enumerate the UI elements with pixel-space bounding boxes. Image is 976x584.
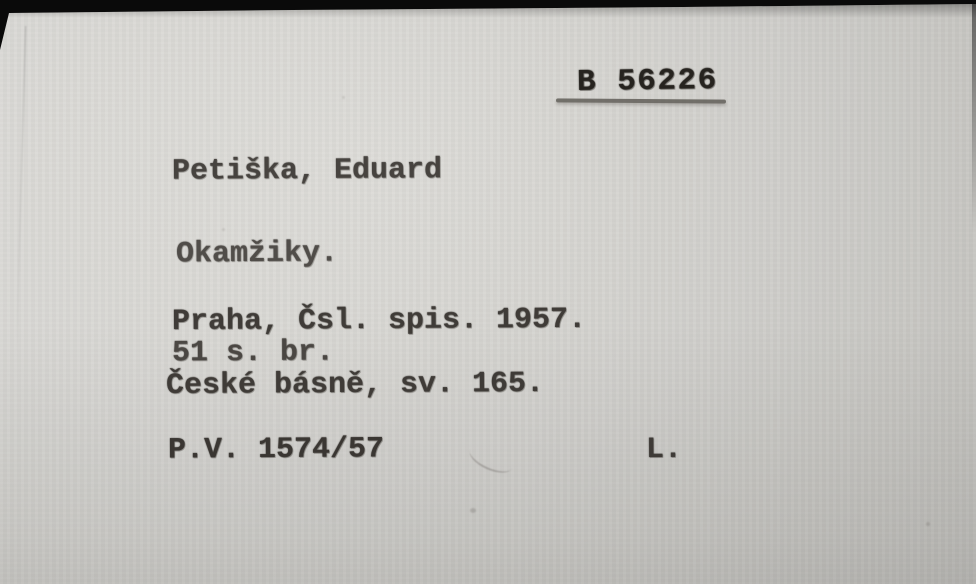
paper-speck <box>222 228 225 231</box>
paper-crease <box>15 26 26 356</box>
card-top-edge-shadow <box>0 4 976 18</box>
record-number-line: P.V. 1574/57 <box>168 432 384 467</box>
call-number-underline <box>556 98 726 103</box>
paper-speck <box>342 96 345 99</box>
call-number-stamp: B 56226 <box>577 63 718 100</box>
catalog-card-paper: B 56226 Petiška, Eduard Okamžiky. Praha,… <box>0 0 976 584</box>
paper-speck <box>926 522 930 526</box>
author-line: Petiška, Eduard <box>172 153 442 188</box>
scanned-catalog-card: B 56226 Petiška, Eduard Okamžiky. Praha,… <box>0 0 976 584</box>
cataloguer-initials: L. <box>646 433 682 467</box>
collation-line: 51 s. br. <box>172 336 334 371</box>
imprint-line: Praha, Čsl. spis. 1957. <box>172 303 586 339</box>
pencil-scratch-mark <box>466 440 517 479</box>
card-right-edge-shadow <box>972 4 976 234</box>
series-line: České básně, sv. 165. <box>166 367 544 403</box>
paper-speck <box>470 508 476 513</box>
title-line: Okamžiky. <box>176 237 338 272</box>
